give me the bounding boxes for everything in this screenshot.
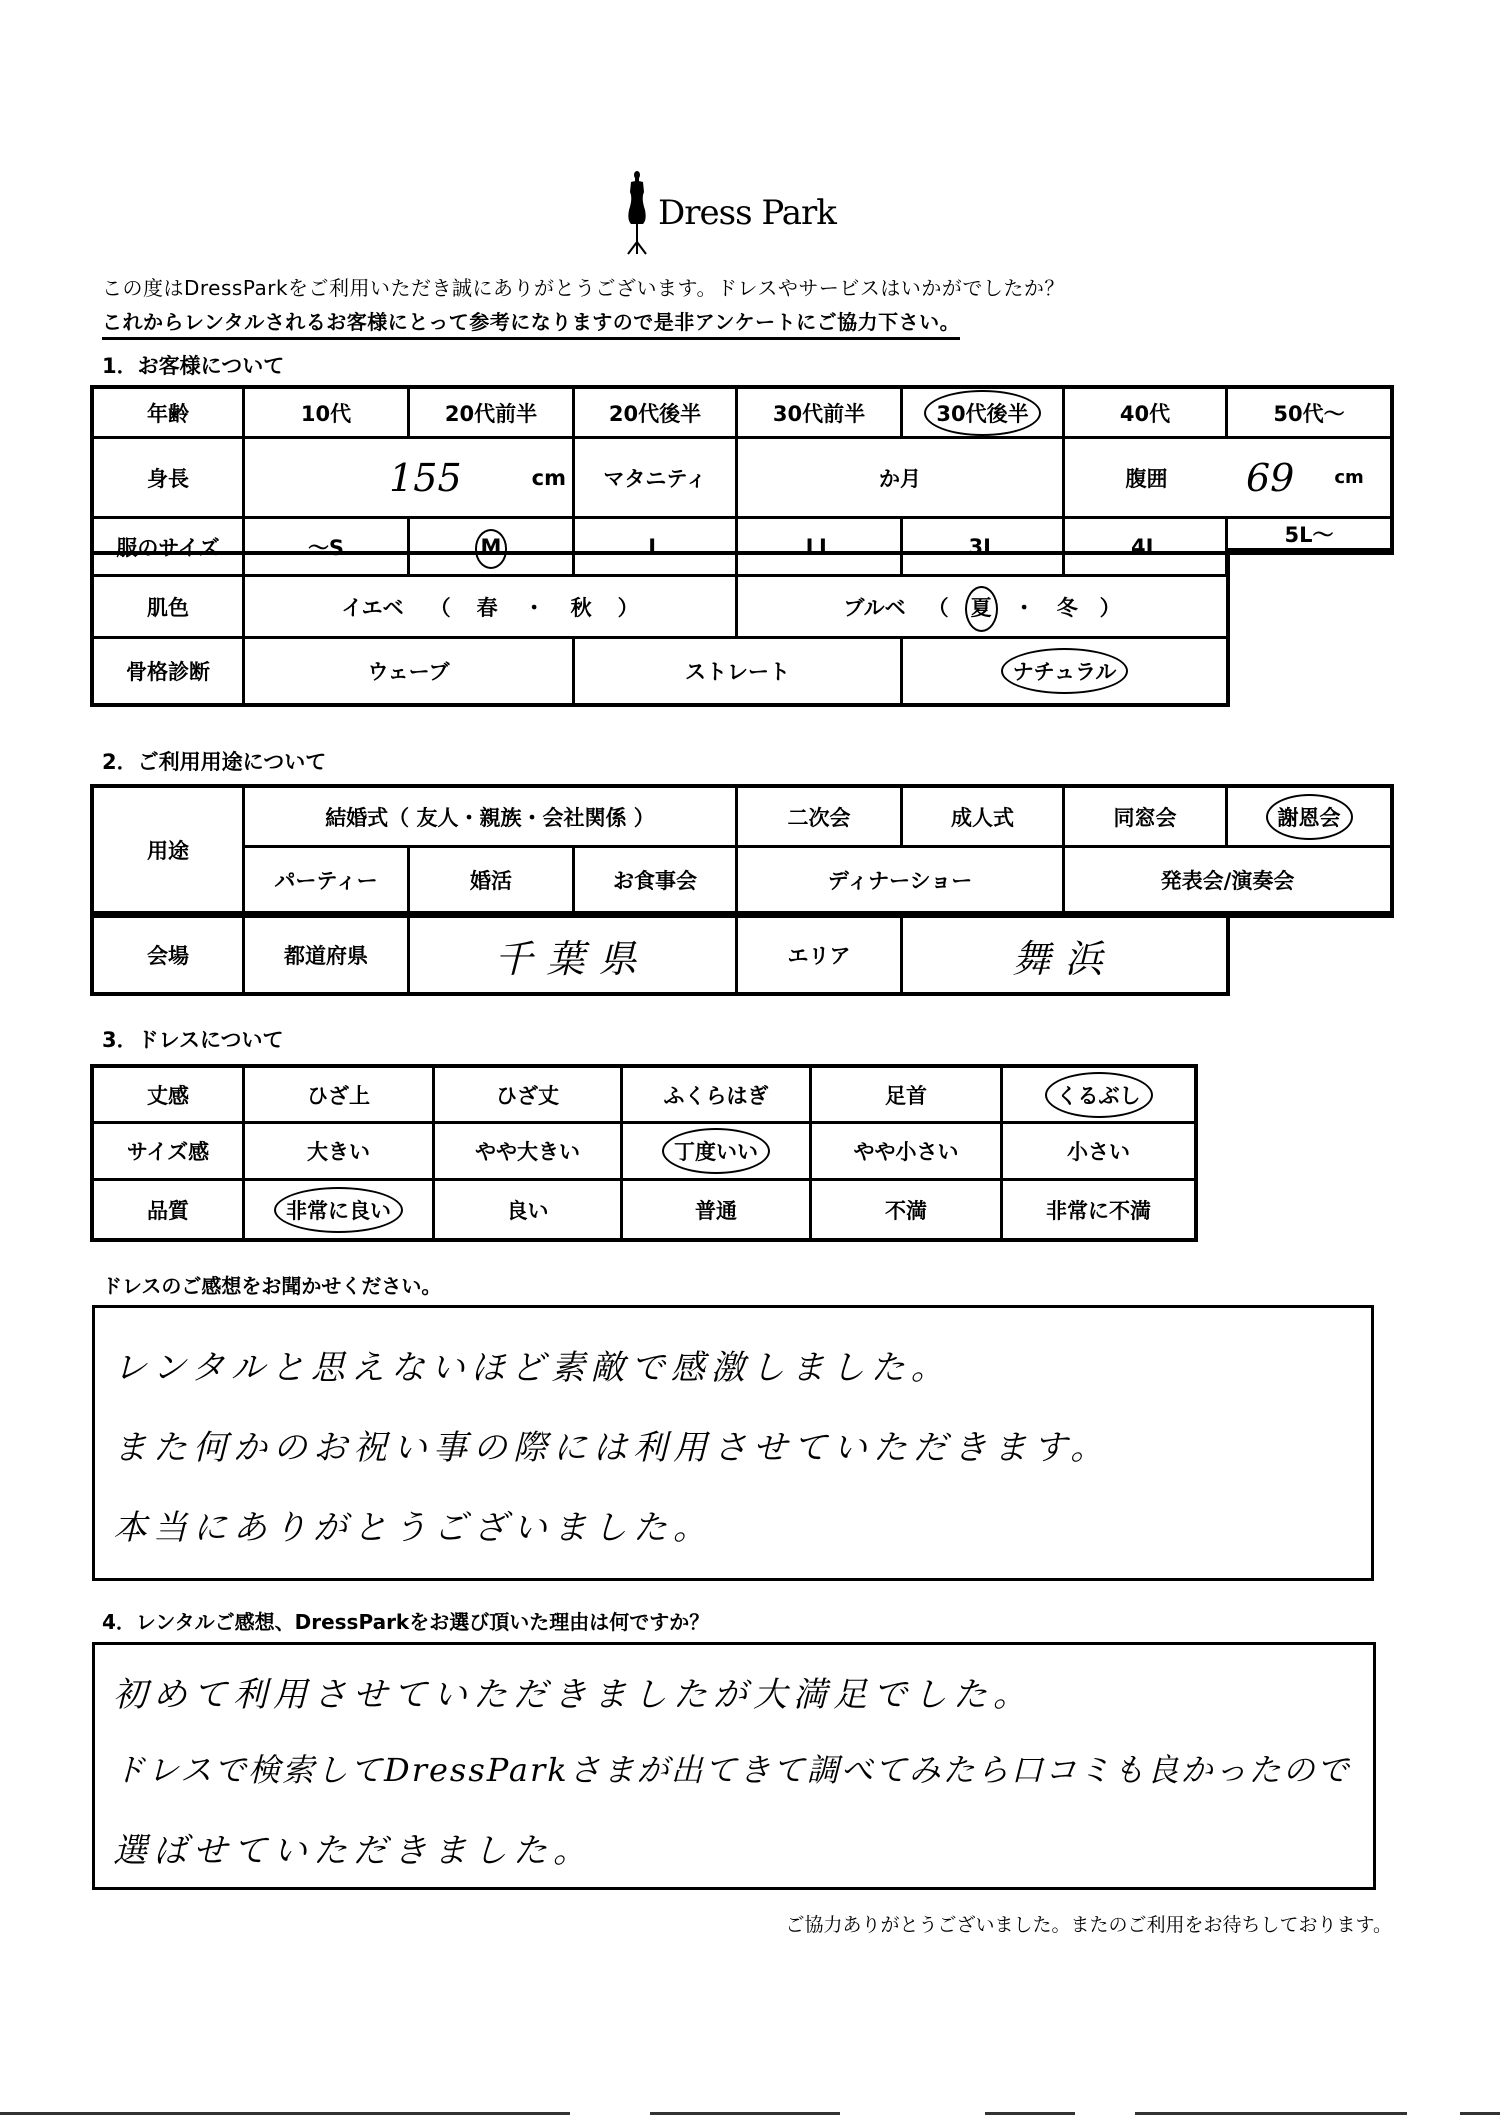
purpose-option[interactable]: 成人式 xyxy=(903,788,1065,848)
age-option[interactable]: 30代前半 xyxy=(738,389,903,439)
dot: ・ xyxy=(524,592,545,622)
section1-title: 1．お客様について xyxy=(102,350,284,380)
age-option[interactable]: 20代後半 xyxy=(575,389,738,439)
purpose-option[interactable]: お食事会 xyxy=(575,848,738,914)
purpose-selected-circle: 謝恩会 xyxy=(1278,802,1341,832)
scan-edge-line xyxy=(1135,2112,1407,2115)
area-value: 舞浜 xyxy=(1012,928,1116,983)
age-option[interactable]: 50代～ xyxy=(1228,389,1390,439)
height-unit: cm xyxy=(532,466,566,490)
skin-label: 肌色 xyxy=(94,577,245,639)
dress-comment-line: レンタルと思えないほど素敵で感激しました。 xyxy=(113,1340,951,1389)
quality-option[interactable]: 普通 xyxy=(623,1181,812,1238)
height-field[interactable]: 155 cm xyxy=(245,439,575,519)
size-option-selected[interactable]: M xyxy=(410,519,575,577)
fit-option[interactable]: やや大きい xyxy=(435,1124,623,1181)
section4-title: 4．レンタルご感想、DressParkをお選び頂いた理由は何ですか？ xyxy=(102,1606,709,1635)
purpose-option-selected[interactable]: 謝恩会 xyxy=(1228,788,1390,848)
waist-field[interactable]: 69 cm xyxy=(1228,439,1390,519)
venue-label: 会場 xyxy=(94,918,245,992)
section2-title: 2．ご利用用途について xyxy=(102,746,326,776)
reason-comment-line: 初めて利用させていただきましたが大満足でした。 xyxy=(113,1667,1033,1716)
purpose-table: 用途 結婚式（ 友人・親族・会社関係 ） 二次会 成人式 同窓会 謝恩会 パーテ… xyxy=(90,784,1394,996)
length-option[interactable]: ひざ上 xyxy=(245,1068,435,1124)
purpose-option[interactable]: 結婚式（ 友人・親族・会社関係 ） xyxy=(245,788,738,848)
length-option-selected[interactable]: くるぶし xyxy=(1003,1068,1194,1124)
paren: ） xyxy=(618,592,639,622)
footer-thanks: ご協力ありがとうございました。またのご利用をお待ちしております。 xyxy=(786,1910,1392,1937)
age-option-selected[interactable]: 30代後半 xyxy=(903,389,1065,439)
age-option[interactable]: 10代 xyxy=(245,389,410,439)
prefecture-value: 千葉県 xyxy=(494,928,650,983)
size-option[interactable]: 5L～ xyxy=(1228,519,1390,551)
yellow-base-label: イエベ xyxy=(341,592,403,622)
purpose-option[interactable]: ディナーショー xyxy=(738,848,1065,914)
dresspark-logo: Dress Park xyxy=(622,168,836,258)
skin-option-autumn[interactable]: 秋 xyxy=(571,592,592,622)
length-option[interactable]: 足首 xyxy=(812,1068,1003,1124)
size-option[interactable]: 3L xyxy=(903,519,1065,577)
scan-edge-line xyxy=(985,2112,1075,2115)
purpose-option[interactable]: 二次会 xyxy=(738,788,903,848)
size-selected-circle: M xyxy=(481,535,502,559)
area-field[interactable]: 舞浜 xyxy=(903,918,1226,992)
maternity-field[interactable]: か月 xyxy=(738,439,1065,519)
dress-row-label: サイズ感 xyxy=(94,1124,245,1181)
reason-comment-box[interactable]: 初めて利用させていただきましたが大満足でした。 ドレスで検索してDressPar… xyxy=(92,1642,1376,1890)
customer-table: 年齢 10代 20代前半 20代後半 30代前半 30代後半 40代 50代～ … xyxy=(90,385,1394,707)
height-label: 身長 xyxy=(94,439,245,519)
size-label: 服のサイズ xyxy=(94,519,245,577)
dress-row-label: 丈感 xyxy=(94,1068,245,1124)
waist-unit: cm xyxy=(1334,467,1363,488)
prefecture-field[interactable]: 千葉県 xyxy=(410,918,738,992)
reason-comment-line: ドレスで検索してDressParkさまが出てきて調べてみたら口コミも良かったので xyxy=(113,1745,1351,1791)
logo-text: Dress Park xyxy=(658,193,836,233)
dot: ・ xyxy=(1014,592,1035,622)
blue-base-label: ブルベ xyxy=(843,592,905,622)
fit-selected-circle: 丁度いい xyxy=(674,1136,758,1166)
intro-text: この度はDressParkをご利用いただき誠にありがとうございます。ドレスやサー… xyxy=(102,272,1065,301)
age-option[interactable]: 20代前半 xyxy=(410,389,575,439)
waist-value: 69 xyxy=(1246,456,1294,500)
quality-option[interactable]: 非常に不満 xyxy=(1003,1181,1194,1238)
section3-title: 3．ドレスについて xyxy=(102,1024,284,1054)
length-option[interactable]: ひざ丈 xyxy=(435,1068,623,1124)
skin-option-spring[interactable]: 春 xyxy=(477,592,498,622)
fit-option-selected[interactable]: 丁度いい xyxy=(623,1124,812,1181)
reason-comment-line: 選ばせていただきました。 xyxy=(113,1823,593,1872)
skin-option-winter[interactable]: 冬 xyxy=(1057,592,1078,622)
quality-selected-circle: 非常に良い xyxy=(286,1195,391,1225)
purpose-option[interactable]: 同窓会 xyxy=(1065,788,1228,848)
paren: （ xyxy=(928,592,949,622)
frame-label: 骨格診断 xyxy=(94,639,245,703)
paren: （ xyxy=(430,592,451,622)
intro-emphasis-text: これからレンタルされるお客様にとって参考になりますので是非アンケートにご協力下さ… xyxy=(102,306,960,340)
height-value: 155 xyxy=(389,456,462,500)
frame-selected-circle: ナチュラル xyxy=(1013,656,1117,686)
quality-option-selected[interactable]: 非常に良い xyxy=(245,1181,435,1238)
paren: ） xyxy=(1100,592,1121,622)
blue-base-field[interactable]: ブルベ （ 夏 ・ 冬 ） xyxy=(738,577,1226,639)
yellow-base-field[interactable]: イエベ （ 春 ・ 秋 ） xyxy=(245,577,738,639)
fit-option[interactable]: 大きい xyxy=(245,1124,435,1181)
purpose-option[interactable]: パーティー xyxy=(245,848,410,914)
size-option[interactable]: LL xyxy=(738,519,903,577)
dress-comment-line: 本当にありがとうございました。 xyxy=(113,1500,713,1549)
scan-edge-line xyxy=(1460,2112,1500,2115)
dress-row-label: 品質 xyxy=(94,1181,245,1238)
age-label: 年齢 xyxy=(94,389,245,439)
age-selected-circle: 30代後半 xyxy=(936,398,1028,428)
length-option[interactable]: ふくらはぎ xyxy=(623,1068,812,1124)
purpose-option[interactable]: 発表会/演奏会 xyxy=(1065,848,1390,914)
frame-option[interactable]: ウェーブ xyxy=(245,639,575,703)
size-option[interactable]: 4L xyxy=(1065,519,1228,577)
size-option[interactable]: L xyxy=(575,519,738,577)
quality-option[interactable]: 不満 xyxy=(812,1181,1003,1238)
fit-option[interactable]: 小さい xyxy=(1003,1124,1194,1181)
prefecture-label: 都道府県 xyxy=(245,918,410,992)
dress-table: 丈感 ひざ上 ひざ丈 ふくらはぎ 足首 くるぶし サイズ感 大きい やや大きい … xyxy=(90,1064,1198,1242)
dress-form-icon xyxy=(622,170,652,256)
age-option[interactable]: 40代 xyxy=(1065,389,1228,439)
dress-comment-prompt: ドレスのご感想をお聞かせください。 xyxy=(102,1270,441,1299)
purpose-label: 用途 xyxy=(94,788,245,914)
size-option[interactable]: ～S xyxy=(245,519,410,577)
dress-comment-line: また何かのお祝い事の際には利用させていただきます。 xyxy=(113,1420,1110,1469)
scan-edge-line xyxy=(650,2112,840,2115)
skin-option-summer-selected[interactable]: 夏 xyxy=(971,592,992,622)
waist-label: 腹囲 xyxy=(1065,439,1228,519)
dress-comment-box[interactable]: レンタルと思えないほど素敵で感激しました。 また何かのお祝い事の際には利用させて… xyxy=(92,1305,1374,1581)
frame-option-selected[interactable]: ナチュラル xyxy=(903,639,1226,703)
area-label: エリア xyxy=(738,918,903,992)
purpose-option[interactable]: 婚活 xyxy=(410,848,575,914)
length-selected-circle: くるぶし xyxy=(1057,1080,1141,1110)
maternity-label: マタニティ xyxy=(575,439,738,519)
fit-option[interactable]: やや小さい xyxy=(812,1124,1003,1181)
frame-option[interactable]: ストレート xyxy=(575,639,903,703)
maternity-unit: か月 xyxy=(879,463,921,493)
quality-option[interactable]: 良い xyxy=(435,1181,623,1238)
scan-edge-line xyxy=(0,2112,570,2115)
